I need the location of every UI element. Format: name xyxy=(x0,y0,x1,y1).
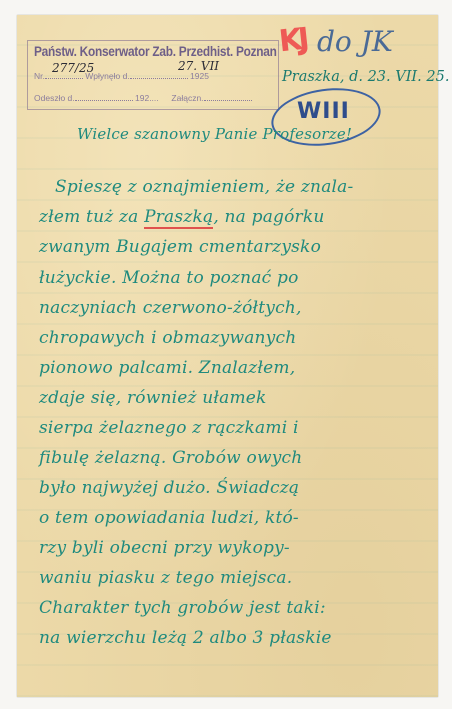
stamp-row-sent: Odeszło d. 192.... Załączn. xyxy=(34,92,252,103)
letter-line: pionowo palcami. Znalazłem, xyxy=(39,358,295,378)
letter-line-part: złem tuż za xyxy=(39,207,144,227)
letter-line: sierpa żelaznego z rączkami i xyxy=(39,418,299,438)
letter-line: było najwyżej dużo. Świadczą xyxy=(39,478,299,498)
letter-page: Państw. Konserwator Zab. Przedhist. Pozn… xyxy=(17,15,438,697)
registry-stamp: Państw. Konserwator Zab. Przedhist. Pozn… xyxy=(27,40,279,110)
stamp-title: Państw. Konserwator Zab. Przedhist. Pozn… xyxy=(34,44,277,59)
place-date: Praszka, d. 23. VII. 25. xyxy=(282,69,449,85)
letter-greeting: Wielce szanowny Panie Profesorze! xyxy=(77,125,352,143)
letter-line: waniu piasku z tego miejsca. xyxy=(39,568,292,588)
stamp-sent-label: Odeszło d. xyxy=(34,93,75,103)
letter-line: zwanym Bugajem cmentarzysko xyxy=(39,237,321,257)
stamp-nr-label: Nr. xyxy=(34,71,45,81)
stamp-received-value: 27. VII xyxy=(178,59,219,73)
letter-line: o tem opowiadania ludzi, któ- xyxy=(39,508,299,528)
letter-line: zdaje się, również ułamek xyxy=(39,388,267,408)
blue-pencil-note: do JK xyxy=(317,25,393,58)
red-pencil-initials: KJ xyxy=(277,22,307,60)
letter-line-part: , na pagórku xyxy=(213,207,324,227)
letter-line: rzy byli obecni przy wykopy- xyxy=(39,538,290,558)
letter-line: Charakter tych grobów jest taki: xyxy=(39,598,326,618)
oval-mark-text: WIII xyxy=(297,99,350,124)
letter-line: łużyckie. Można to poznać po xyxy=(39,268,299,288)
letter-line: Spieszę z oznajmieniem, że znala- xyxy=(55,177,353,197)
underlined-place-name: Praszką xyxy=(144,207,213,229)
letter-line: złem tuż za Praszką, na pagórku xyxy=(39,207,325,227)
letter-line: na wierzchu leżą 2 albo 3 płaskie xyxy=(39,628,332,648)
letter-line: naczyniach czerwono-żółtych, xyxy=(39,298,302,318)
stamp-nr-value: 277/25 xyxy=(52,61,94,75)
letter-line: chropawych i obmazywanych xyxy=(39,328,296,348)
stamp-attachments-label: Załączn. xyxy=(171,93,203,103)
letter-line: fibulę żelazną. Grobów owych xyxy=(39,448,302,468)
stamp-sent-year: 192.... xyxy=(135,93,159,103)
